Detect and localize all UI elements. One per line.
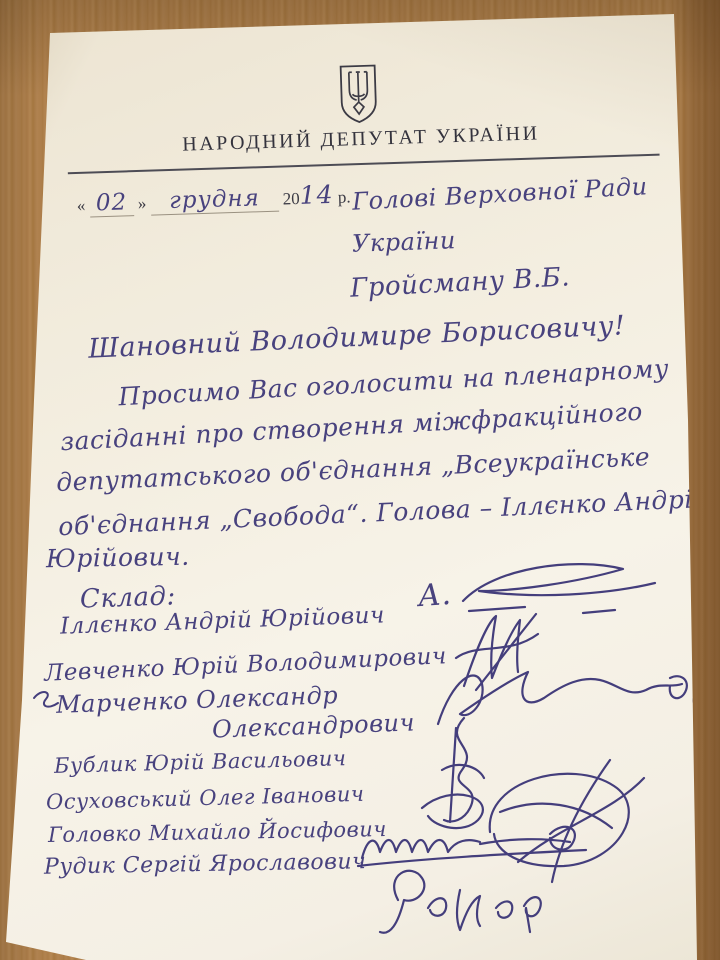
letter-paper: НАРОДНИЙ ДЕПУТАТ УКРАЇНИ « 02 » грудня 2… [0, 0, 720, 960]
member-name-bublyk: Бублик Юрій Васильович [54, 746, 347, 778]
member-name-holovko: Головко Михайло Йосифович [48, 817, 387, 847]
member-name-osukhovskyi: Осуховський Олег Іванович [46, 782, 365, 814]
member-name-rudyk: Рудик Сергій Ярославович [44, 849, 367, 880]
tryzub-emblem-icon [335, 61, 383, 126]
date-open-quote: « [77, 196, 86, 215]
date-month-blank: грудня [150, 185, 279, 216]
photographed-letter-scene: НАРОДНИЙ ДЕПУТАТ УКРАЇНИ « 02 » грудня 2… [0, 0, 720, 960]
addressee-line-1: Голові Верховної Ради [351, 172, 648, 215]
date-year-suffix: р. [337, 187, 350, 206]
date-day-blank: 02 [89, 189, 134, 217]
margin-mark [30, 684, 62, 714]
member-name-levchenko: Левченко Юрій Володимирович [44, 643, 448, 687]
salutation: Шановний Володимире Борисовичу! [88, 310, 626, 364]
signature-rudyk-second-line [366, 856, 561, 948]
date-year-printed: 20 [282, 189, 300, 209]
addressee-line-2: України [352, 226, 457, 258]
date-line: « 02 » грудня 2014 р. [76, 179, 351, 218]
member-name-marchenko-line2: Олександрович [212, 708, 416, 743]
date-day-handwritten: 02 [96, 189, 128, 216]
addressee-line-3: Гройсману В.Б. [349, 262, 570, 303]
date-close-quote: » [138, 194, 147, 213]
date-year-handwritten: 14 [299, 180, 334, 210]
date-month-handwritten: грудня [169, 185, 260, 214]
body-line-5: Юрійович. [46, 542, 190, 574]
